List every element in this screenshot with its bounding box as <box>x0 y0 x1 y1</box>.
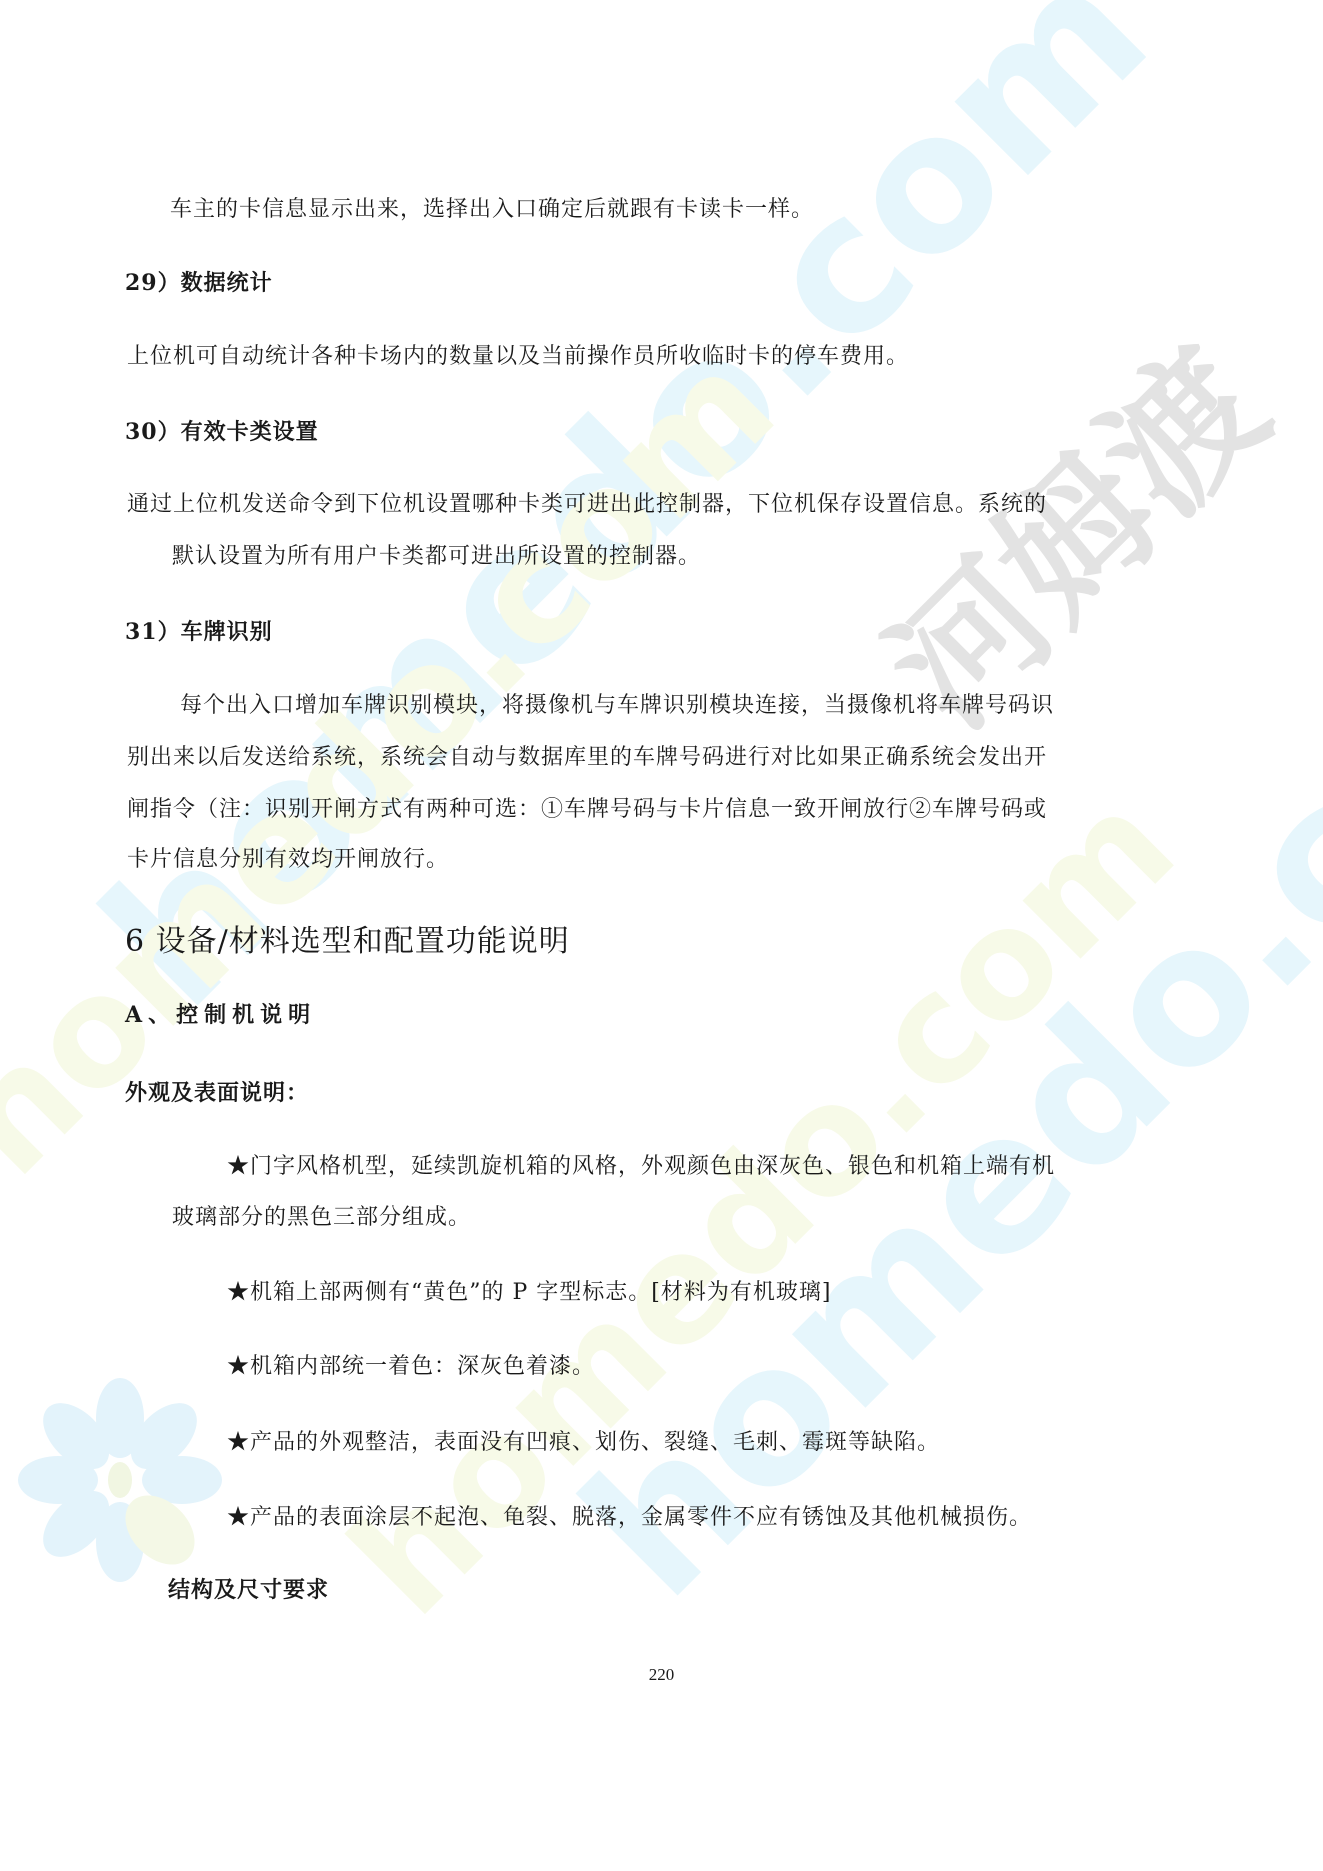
heading-29-data-statistics: 29）数据统计 <box>125 268 273 298</box>
paragraph-30-line-2: 默认设置为所有用户卡类都可进出所设置的控制器。 <box>172 542 701 572</box>
paragraph-31-line-1: 每个出入口增加车牌识别模块，将摄像机与车牌识别模块连接，当摄像机将车牌号码识 <box>180 691 1054 721</box>
watermark-flower-icon <box>10 1370 230 1590</box>
structure-heading: 结构及尺寸要求 <box>168 1575 329 1605</box>
page-number: 220 <box>0 1665 1323 1685</box>
bullet-1-line-1: ★门字风格机型，延续凯旋机箱的风格，外观颜色由深灰色、银色和机箱上端有机 <box>227 1152 1055 1182</box>
paragraph-30-line-1: 通过上位机发送命令到下位机设置哪种卡类可进出此控制器，下位机保存设置信息。系统的 <box>127 490 1047 520</box>
paragraph-31-line-2: 别出来以后发送给系统，系统会自动与数据库里的车牌号码进行对比如果正确系统会发出开 <box>127 743 1047 773</box>
section-6-heading: 6 设备/材料选型和配置功能说明 <box>125 922 570 962</box>
bullet-1-line-2: 玻璃部分的黑色三部分组成。 <box>172 1203 471 1233</box>
heading-30-valid-card-types: 30）有效卡类设置 <box>125 417 319 447</box>
paragraph-intro-tail: 车主的卡信息显示出来，选择出入口确定后就跟有卡读卡一样。 <box>170 195 814 225</box>
bullet-2: ★机箱上部两侧有“黄色”的 P 字型标志。[材料为有机玻璃] <box>227 1278 831 1308</box>
paragraph-29: 上位机可自动统计各种卡场内的数量以及当前操作员所收临时卡的停车费用。 <box>127 342 909 372</box>
watermark-homedo-cyan-1: homedo.com <box>62 0 1189 1049</box>
appearance-heading: 外观及表面说明： <box>125 1078 309 1108</box>
bullet-4: ★产品的外观整洁，表面没有凹痕、划伤、裂缝、毛刺、霉斑等缺陷。 <box>227 1428 940 1458</box>
heading-31-plate-recognition: 31）车牌识别 <box>125 617 273 647</box>
subsection-a-heading: A、控制机说明 <box>125 1000 316 1030</box>
bullet-5: ★产品的表面涂层不起泡、龟裂、脱落，金属零件不应有锈蚀及其他机械损伤。 <box>227 1503 1032 1533</box>
paragraph-31-line-4: 卡片信息分别有效均开闸放行。 <box>127 845 449 875</box>
watermark-homedo-cyan-2: homedo.com <box>542 512 1323 1639</box>
bullet-3: ★机箱内部统一着色：深灰色着漆。 <box>227 1352 595 1382</box>
paragraph-31-line-3: 闸指令（注：识别开闸方式有两种可选：①车牌号码与卡片信息一致开闸放行②车牌号码或 <box>127 795 1047 825</box>
